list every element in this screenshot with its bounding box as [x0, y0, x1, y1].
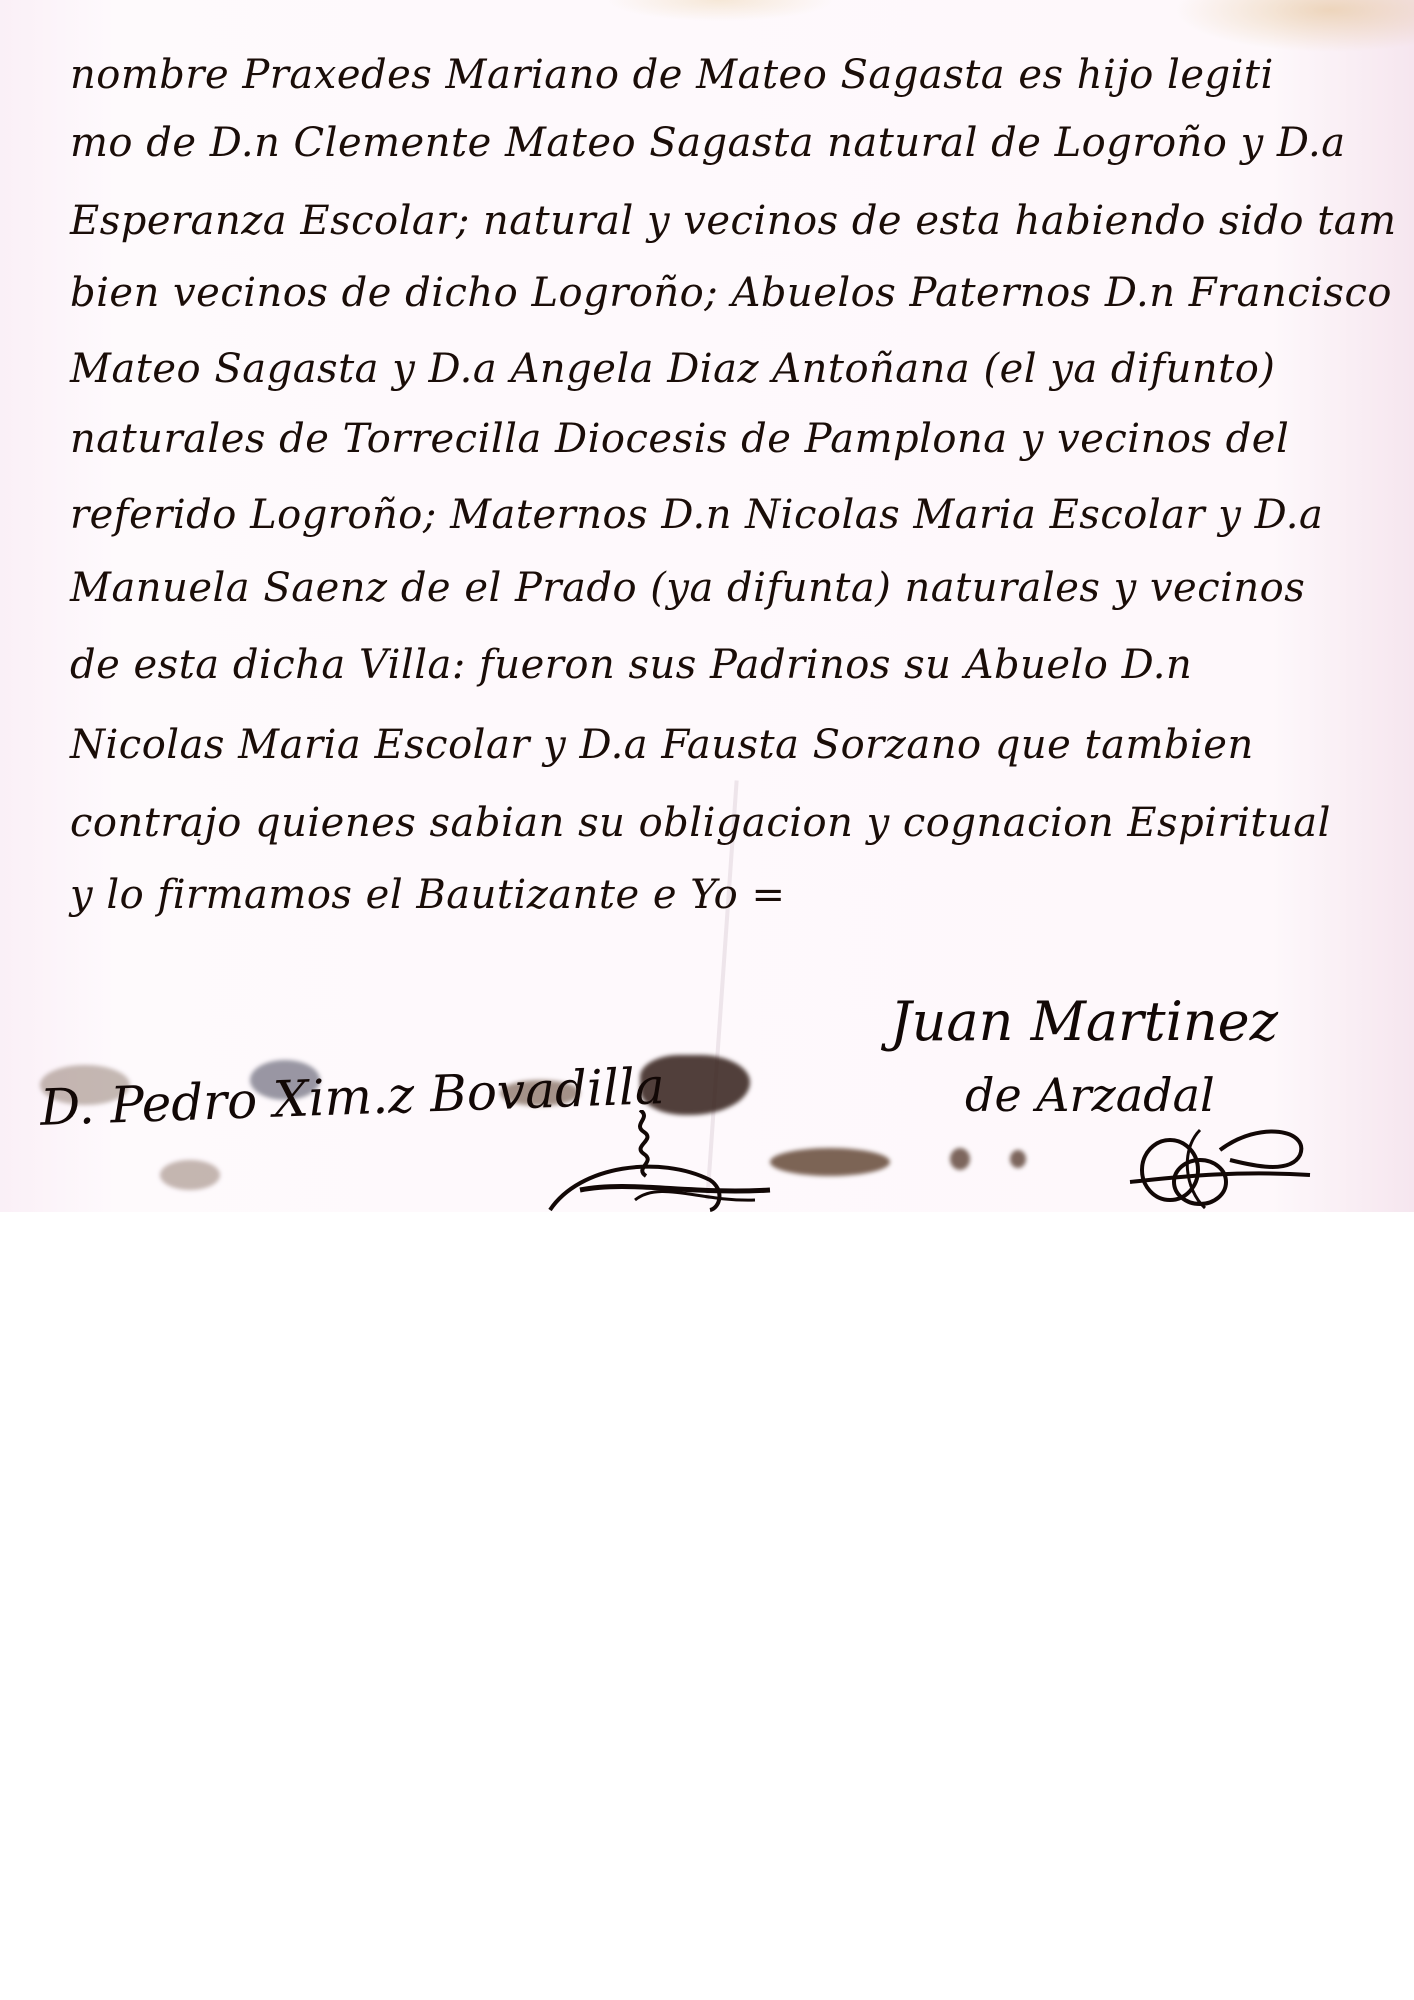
ink-stain	[1010, 1150, 1026, 1168]
ink-stain	[950, 1148, 970, 1170]
manuscript-line-11: contrajo quienes sabian su obligacion y …	[70, 800, 1394, 846]
ink-stain	[770, 1148, 890, 1176]
manuscript-line-1: nombre Praxedes Mariano de Mateo Sagasta…	[70, 52, 1394, 98]
ink-stain	[160, 1160, 220, 1190]
signature-right-surname: de Arzadal	[965, 1068, 1215, 1122]
manuscript-line-12: y lo firmamos el Bautizante e Yo =	[70, 872, 1394, 918]
manuscript-line-8: Manuela Saenz de el Prado (ya difunta) n…	[70, 565, 1394, 611]
manuscript-line-7: referido Logroño; Maternos D.n Nicolas M…	[70, 492, 1394, 538]
manuscript-line-10: Nicolas Maria Escolar y D.a Fausta Sorza…	[70, 722, 1394, 768]
signature-right-name: Juan Martinez	[890, 990, 1278, 1053]
manuscript-line-9: de esta dicha Villa: fueron sus Padrinos…	[70, 642, 1394, 688]
manuscript-line-3: Esperanza Escolar; natural y vecinos de …	[70, 198, 1394, 244]
manuscript-line-2: mo de D.n Clemente Mateo Sagasta natural…	[70, 120, 1394, 166]
manuscript-line-5: Mateo Sagasta y D.a Angela Diaz Antoñana…	[70, 346, 1394, 392]
document-page: nombre Praxedes Mariano de Mateo Sagasta…	[0, 0, 1414, 2000]
rubric-flourish-right	[1110, 1120, 1330, 1212]
manuscript-line-4: bien vecinos de dicho Logroño; Abuelos P…	[70, 270, 1394, 316]
rubric-flourish-left	[540, 1110, 780, 1212]
manuscript-line-6: naturales de Torrecilla Diocesis de Pamp…	[70, 416, 1394, 462]
scanned-manuscript: nombre Praxedes Mariano de Mateo Sagasta…	[0, 0, 1414, 1212]
